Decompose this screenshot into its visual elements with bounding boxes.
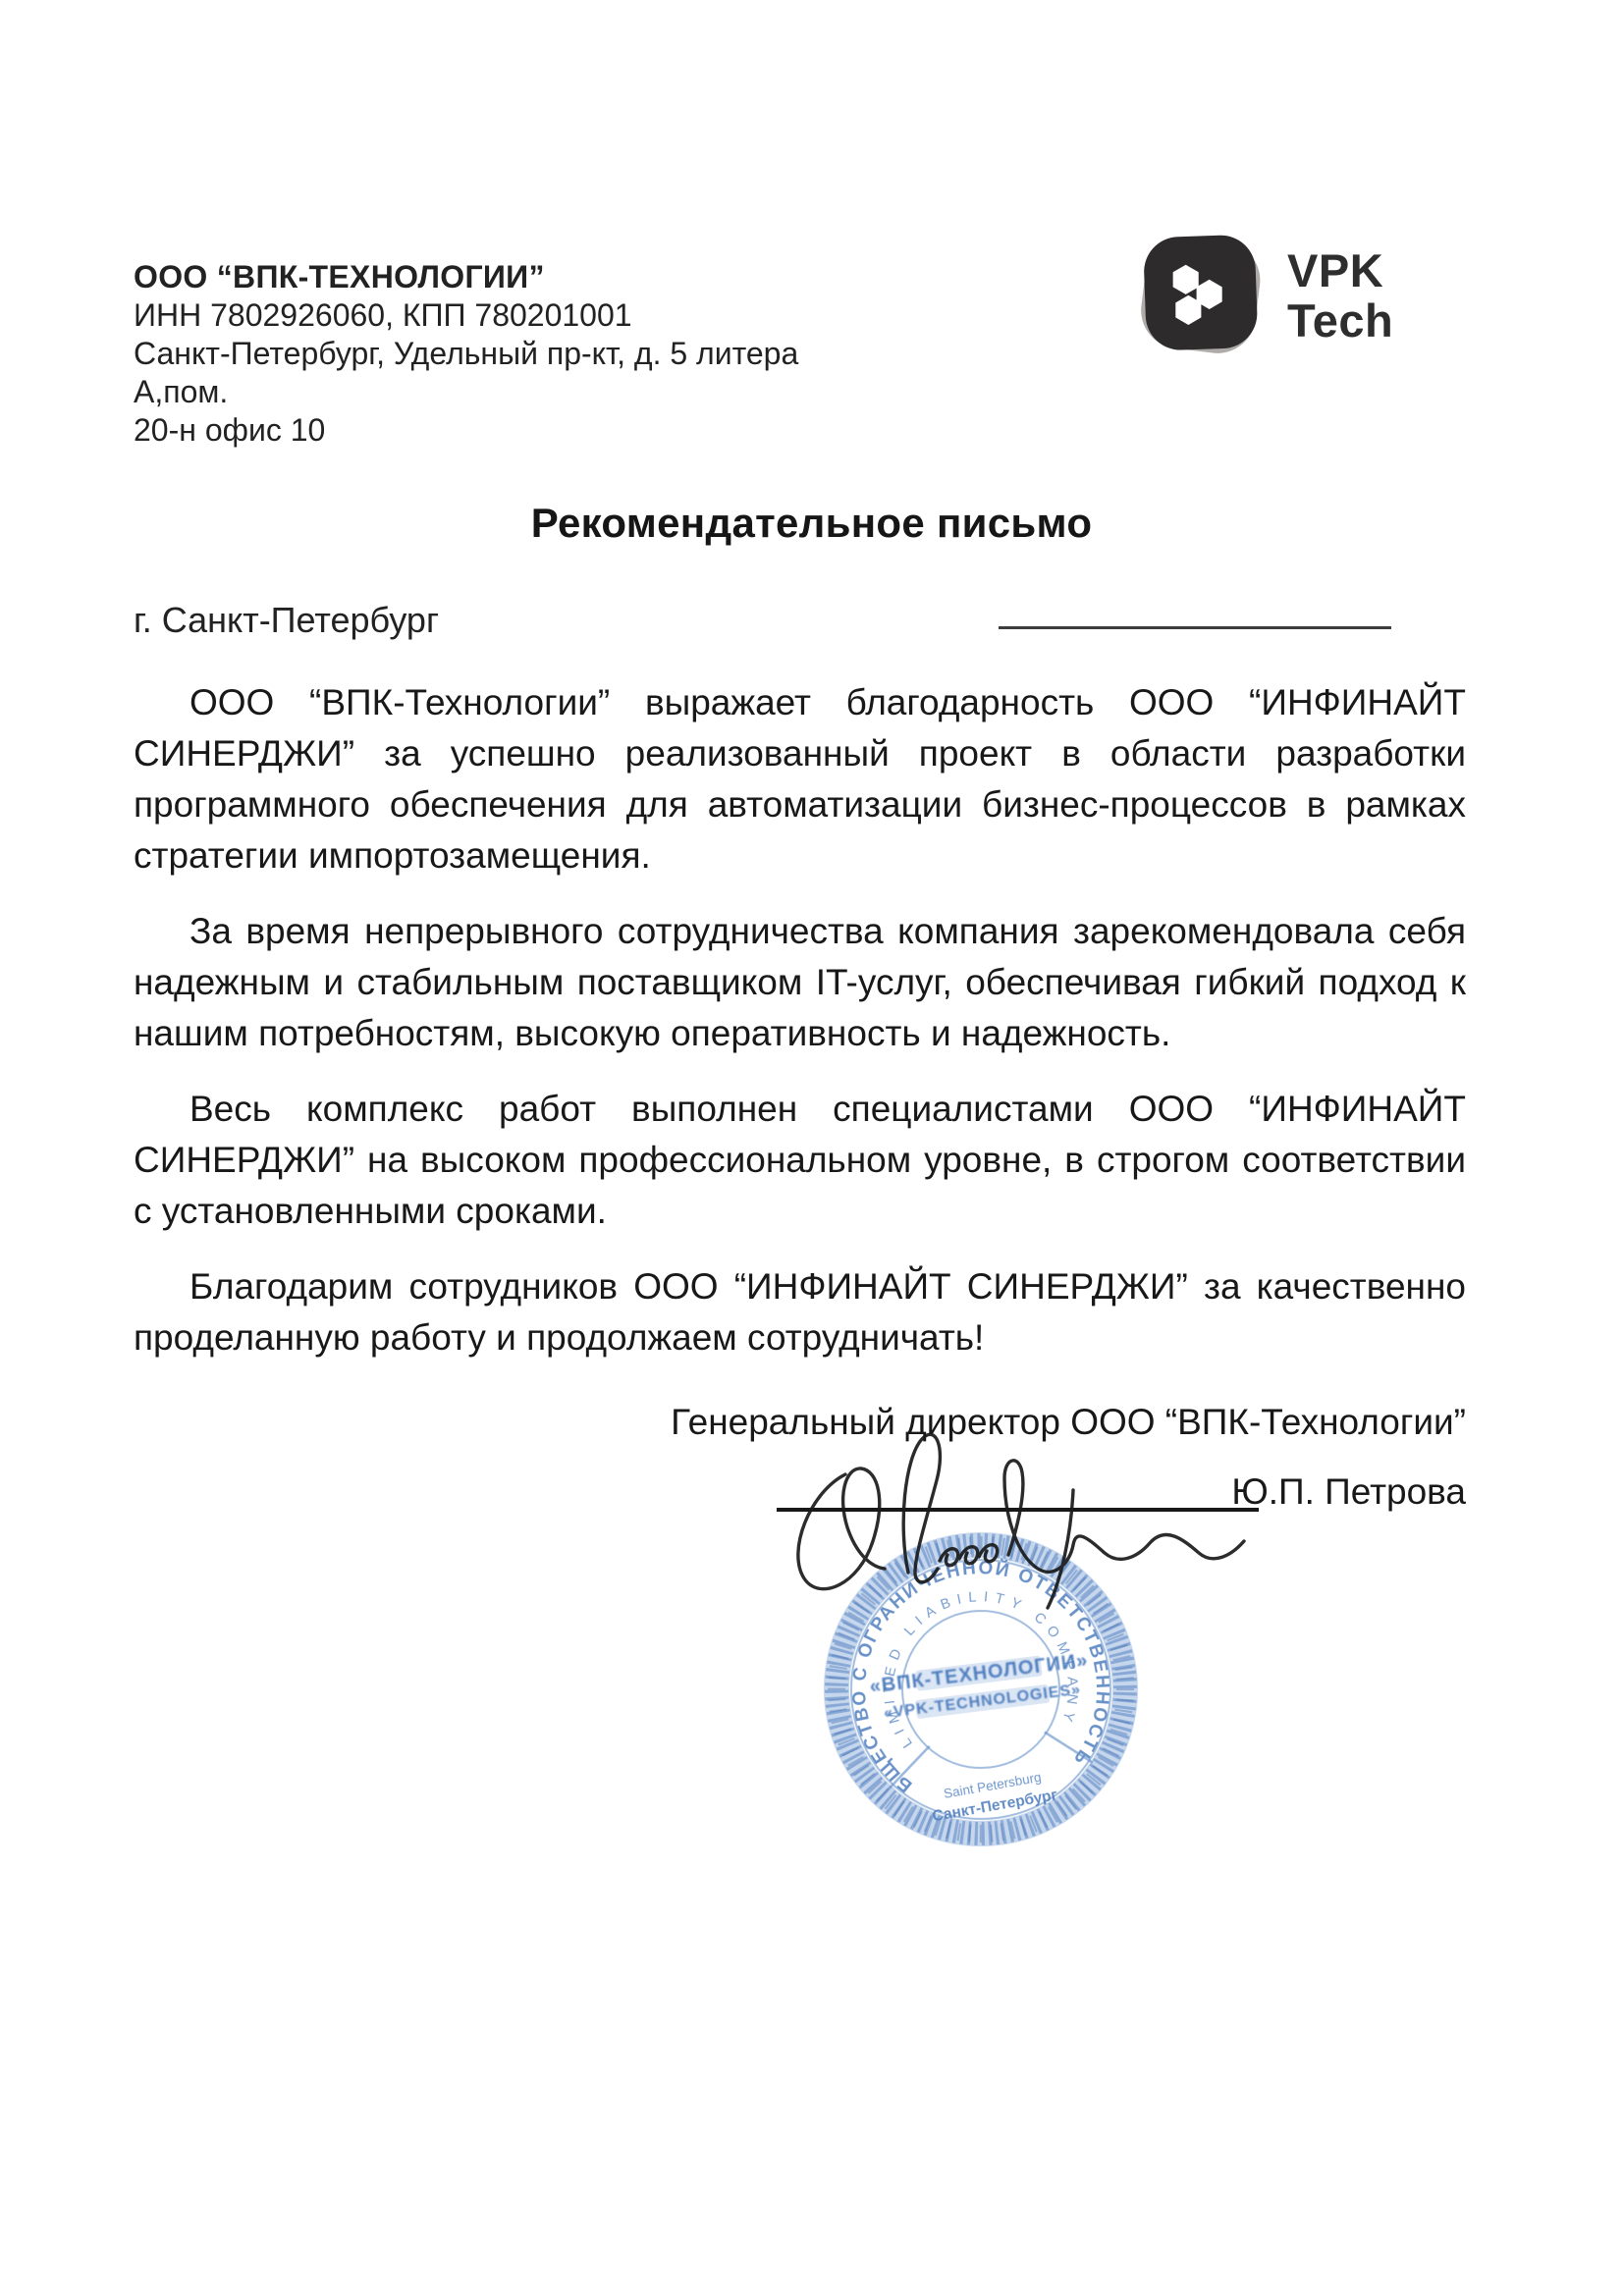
letter-body: ООО “ВПК-Технологии” выражает благодарно… — [134, 677, 1466, 1388]
letter-title: Рекомендательное письмо — [0, 500, 1623, 547]
city-label: г. Санкт-Петербург — [134, 600, 439, 641]
logo-wordmark: VPK Tech — [1287, 245, 1393, 346]
paragraph-2: За время непрерывного сотрудничества ком… — [134, 906, 1466, 1059]
company-header: ООО “ВПК-ТЕХНОЛОГИИ” ИНН 7802926060, КПП… — [134, 258, 880, 450]
paragraph-4: Благодарим сотрудников ООО “ИНФИНАЙТ СИН… — [134, 1261, 1466, 1363]
company-name: ООО “ВПК-ТЕХНОЛОГИИ” — [134, 258, 880, 296]
paragraph-1: ООО “ВПК-Технологии” выражает благодарно… — [134, 677, 1466, 881]
company-inn-kpp: ИНН 7802926060, КПП 780201001 — [134, 296, 880, 335]
vpk-tech-logo: VPK Tech — [1129, 224, 1542, 371]
logo-wordmark-line1: VPK — [1287, 245, 1393, 295]
company-address-line1: Санкт-Петербург, Удельный пр-кт, д. 5 ли… — [134, 335, 880, 411]
recommendation-letter-page: ООО “ВПК-ТЕХНОЛОГИИ” ИНН 7802926060, КПП… — [0, 0, 1623, 2296]
dateline: г. Санкт-Петербург — [134, 600, 1391, 639]
logo-wordmark-line2: Tech — [1287, 295, 1393, 346]
date-blank-line — [999, 600, 1391, 629]
hexagon-cluster-icon — [1129, 224, 1269, 363]
company-address-line2: 20-н офис 10 — [134, 411, 880, 450]
paragraph-3: Весь комплекс работ выполнен специалиста… — [134, 1084, 1466, 1237]
handwritten-signature — [761, 1412, 1271, 1623]
